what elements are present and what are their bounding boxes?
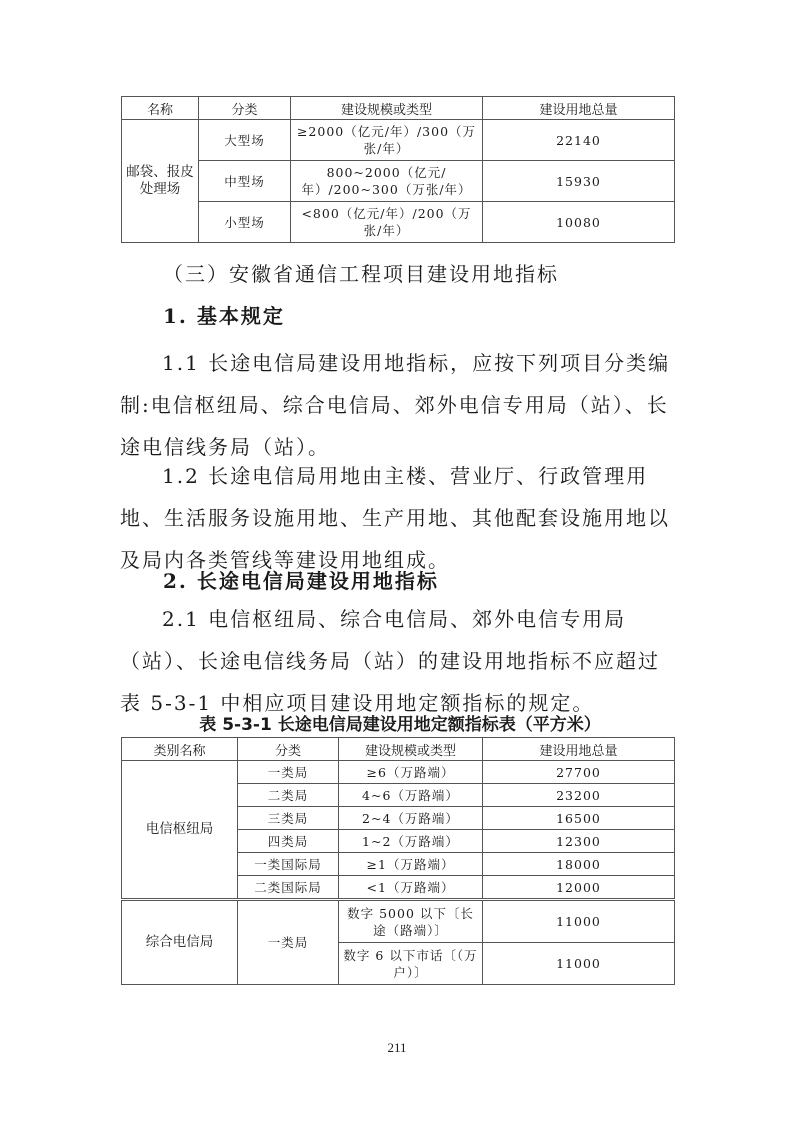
total-cell: 22140 (483, 120, 675, 161)
table-row: 邮袋、报皮处理场 大型场 ≥2000（亿元/年）/300（万张/年） 22140 (122, 120, 675, 161)
long-distance-telecom-table: 类别名称 分类 建设规模或类型 建设用地总量 电信枢纽局 一类局 ≥6（万路端）… (121, 737, 675, 985)
header-category: 分类 (238, 738, 339, 761)
scale-cell: 数字 6 以下市话〔（万户）〕 (339, 943, 483, 985)
header-total: 建设用地总量 (483, 97, 675, 120)
scale-cell: <800（亿元/年）/200（万张/年） (291, 202, 483, 243)
total-cell: 12300 (483, 830, 675, 853)
category-cell: 中型场 (199, 161, 291, 202)
scale-cell: ≥6（万路端） (339, 761, 483, 784)
total-cell: 12000 (483, 876, 675, 900)
scale-cell: <1（万路端） (339, 876, 483, 900)
header-category: 分类 (199, 97, 291, 120)
postal-processing-table: 名称 分类 建设规模或类型 建设用地总量 邮袋、报皮处理场 大型场 ≥2000（… (121, 96, 675, 243)
category-cell: 大型场 (199, 120, 291, 161)
header-total: 建设用地总量 (483, 738, 675, 761)
scale-cell: 2~4（万路端） (339, 807, 483, 830)
table-row: 综合电信局 一类局 数字 5000 以下〔长途（路端）〕 11000 (122, 900, 675, 943)
subsection-2-title: 2. 长途电信局建设用地指标 (163, 565, 723, 594)
category-cell: 一类国际局 (238, 853, 339, 876)
group-name-cell: 电信枢纽局 (122, 761, 238, 900)
table-header-row: 名称 分类 建设规模或类型 建设用地总量 (122, 97, 675, 120)
category-cell: 二类局 (238, 784, 339, 807)
header-name: 名称 (122, 97, 199, 120)
total-cell: 10080 (483, 202, 675, 243)
category-cell: 三类局 (238, 807, 339, 830)
table-row: 中型场 800~2000（亿元/年）/200~300（万张/年） 15930 (122, 161, 675, 202)
group-name-cell: 综合电信局 (122, 900, 238, 985)
total-cell: 27700 (483, 761, 675, 784)
category-cell: 一类局 (238, 900, 339, 985)
header-type-name: 类别名称 (122, 738, 238, 761)
total-cell: 18000 (483, 853, 675, 876)
table-header-row: 类别名称 分类 建设规模或类型 建设用地总量 (122, 738, 675, 761)
scale-cell: 数字 5000 以下〔长途（路端）〕 (339, 900, 483, 943)
table-caption: 表 5-3-1 长途电信局建设用地定额指标表（平方米） (120, 710, 680, 735)
subsection-1-title: 1. 基本规定 (163, 300, 723, 329)
scale-cell: ≥1（万路端） (339, 853, 483, 876)
category-cell: 一类局 (238, 761, 339, 784)
paragraph-2-1: 2.1 电信枢纽局、综合电信局、郊外电信专用局（站）、长途电信线务局（站）的建设… (120, 598, 680, 724)
header-scale: 建设规模或类型 (291, 97, 483, 120)
header-scale: 建设规模或类型 (339, 738, 483, 761)
table-row: 小型场 <800（亿元/年）/200（万张/年） 10080 (122, 202, 675, 243)
page-number: 211 (0, 1040, 794, 1056)
total-cell: 23200 (483, 784, 675, 807)
section-title: （三）安徽省通信工程项目建设用地指标 (163, 258, 723, 287)
category-cell: 四类局 (238, 830, 339, 853)
total-cell: 16500 (483, 807, 675, 830)
paragraph-1-2: 1.2 长途电信局用地由主楼、营业厅、行政管理用地、生活服务设施用地、生产用地、… (120, 455, 680, 581)
total-cell: 11000 (483, 900, 675, 943)
scale-cell: ≥2000（亿元/年）/300（万张/年） (291, 120, 483, 161)
category-cell: 二类国际局 (238, 876, 339, 900)
category-cell: 小型场 (199, 202, 291, 243)
scale-cell: 4~6（万路端） (339, 784, 483, 807)
table-row: 电信枢纽局 一类局 ≥6（万路端） 27700 (122, 761, 675, 784)
total-cell: 11000 (483, 943, 675, 985)
scale-cell: 800~2000（亿元/年）/200~300（万张/年） (291, 161, 483, 202)
paragraph-1-1: 1.1 长途电信局建设用地指标，应按下列项目分类编制:电信枢纽局、综合电信局、郊… (120, 342, 680, 468)
total-cell: 15930 (483, 161, 675, 202)
scale-cell: 1~2（万路端） (339, 830, 483, 853)
group-name-cell: 邮袋、报皮处理场 (122, 120, 199, 243)
